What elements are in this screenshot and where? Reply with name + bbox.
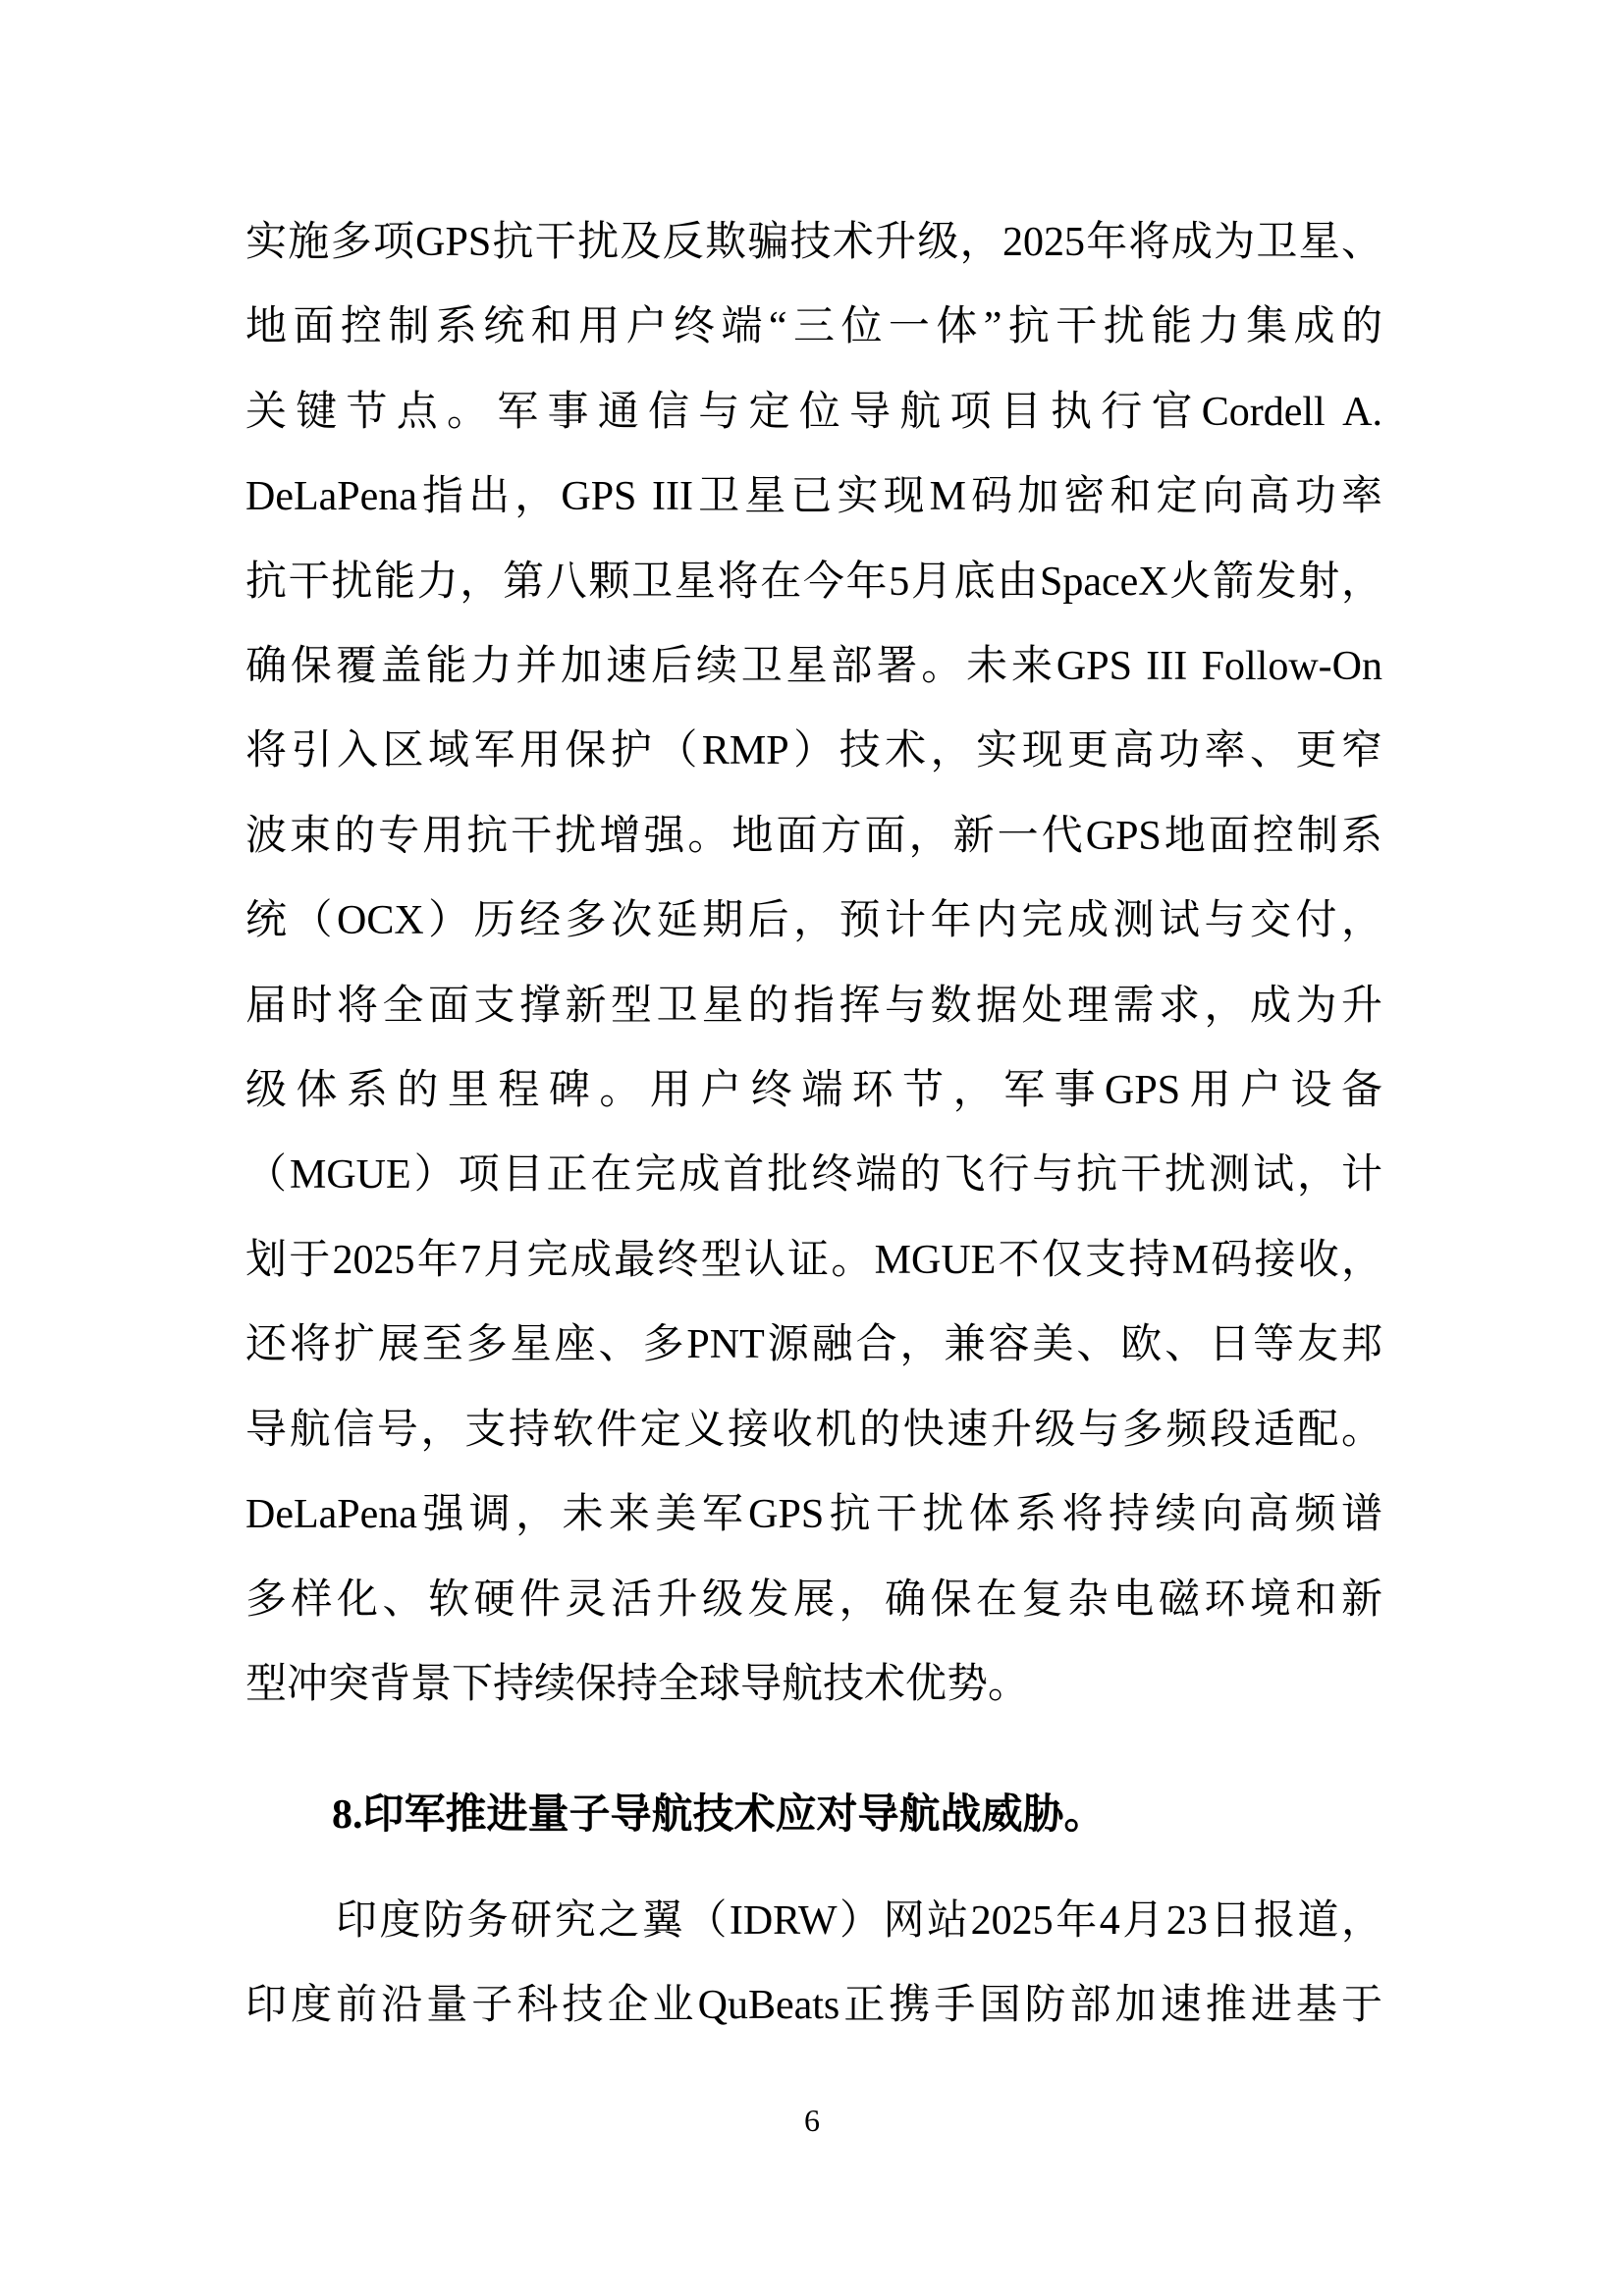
paragraph-line: 印度前沿量子科技企业QuBeats正携手国防部加速推进基于 (245, 1963, 1382, 2048)
paragraph-line: （MGUE）项目正在完成首批终端的飞行与抗干扰测试，计 (245, 1133, 1382, 1217)
paragraph-line: 抗干扰能力，第八颗卫星将在今年5月底由SpaceX火箭发射， (245, 540, 1382, 624)
page-number: 6 (0, 2101, 1624, 2140)
paragraph-last-line: 型冲突背景下持续保持全球导航技术优势。 (245, 1642, 1382, 1727)
paragraph-line: 多样化、软硬件灵活升级发展，确保在复杂电磁环境和新 (245, 1558, 1382, 1642)
paragraph-line: 级体系的里程碑。用户终端环节，军事GPS用户设备 (245, 1048, 1382, 1133)
paragraph-line: 导航信号，支持软件定义接收机的快速升级与多频段适配。 (245, 1388, 1382, 1472)
paragraph-line: 将引入区域军用保护（RMP）技术，实现更高功率、更窄 (245, 709, 1382, 793)
paragraph-line: 划于2025年7月完成最终型认证。MGUE不仅支持M码接收， (245, 1218, 1382, 1303)
paragraph-line: DeLaPena强调，未来美军GPS抗干扰体系将持续向高频谱 (245, 1472, 1382, 1557)
paragraph-line: DeLaPena指出，GPS III卫星已实现M码加密和定向高功率 (245, 454, 1382, 539)
paragraph-line: 实施多项GPS抗干扰及反欺骗技术升级，2025年将成为卫星、 (245, 200, 1382, 285)
paragraph-line: 统（OCX）历经多次延期后，预计年内完成测试与交付， (245, 879, 1382, 963)
paragraph-line: 印度防务研究之翼（IDRW）网站2025年4月23日报道， (245, 1879, 1382, 1963)
paragraph-line: 关键节点。军事通信与定位导航项目执行官Cordell A. (245, 370, 1382, 454)
paragraph-line: 地面控制系统和用户终端“三位一体”抗干扰能力集成的 (245, 285, 1382, 369)
document-page: 实施多项GPS抗干扰及反欺骗技术升级，2025年将成为卫星、 地面控制系统和用户… (0, 0, 1624, 2296)
paragraph-line: 波束的专用抗干扰增强。地面方面，新一代GPS地面控制系 (245, 794, 1382, 879)
paragraph-line: 届时将全面支撑新型卫星的指挥与数据处理需求，成为升 (245, 964, 1382, 1048)
paragraph-line: 还将扩展至多星座、多PNT源融合，兼容美、欧、日等友邦 (245, 1303, 1382, 1387)
paragraph-line: 确保覆盖能力并加速后续卫星部署。未来GPS III Follow-On (245, 624, 1382, 709)
section-8-heading: 8.印军推进量子导航技术应对导航战威胁。 (245, 1773, 1382, 1857)
body-text: 实施多项GPS抗干扰及反欺骗技术升级，2025年将成为卫星、 地面控制系统和用户… (245, 200, 1382, 2049)
